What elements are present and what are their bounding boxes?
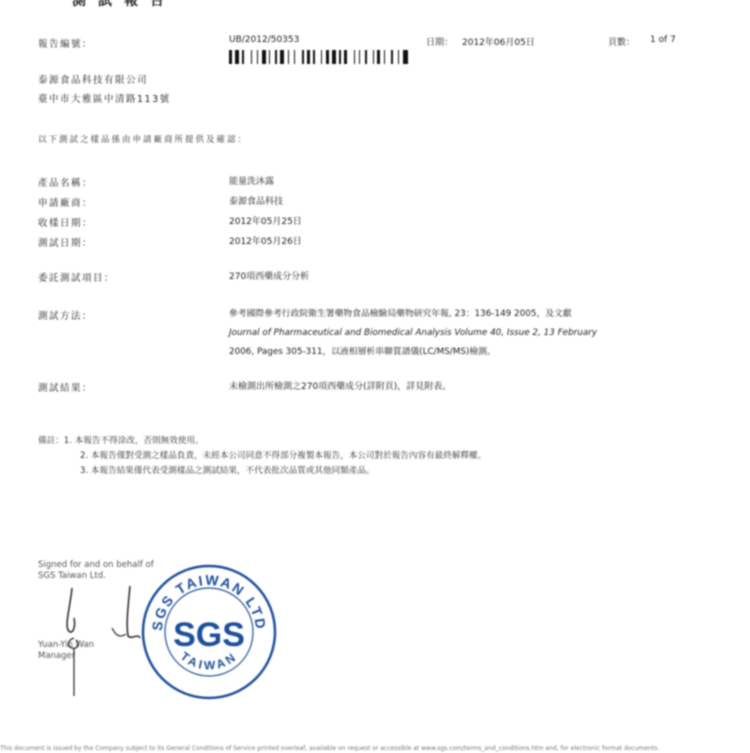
sgs-logo-text: SGS xyxy=(173,616,245,654)
barcode xyxy=(229,50,484,64)
applicant: 泰源食品科技 xyxy=(229,194,283,207)
test-date: 2012年05月26日 xyxy=(229,234,302,247)
test-date-label: 測試日期： xyxy=(38,235,93,249)
test-result: 未檢測出所檢測之270項西藥成分(詳附頁)，詳見附表。 xyxy=(229,379,451,392)
test-method-line-2: Journal of Pharmaceutical and Biomedical… xyxy=(229,324,709,343)
report-no-label: 報告編號： xyxy=(38,36,93,50)
signatory-name: Yuan-Yin Wan xyxy=(38,640,94,651)
notes: 備註：1. 本報告不得涂改，否則無效使用。 2. 本報告僅對受測之樣品負責，未經… xyxy=(38,434,486,479)
note-3: 3. 本報告結果僅代表受測樣品之測試結果，不代表批次品質或其他同類產品。 xyxy=(38,464,486,479)
product-name: 能量洗沐露 xyxy=(229,174,274,187)
sgs-stamp-icon: SGS TAIWAN LTD TAIWAN SGS xyxy=(140,563,278,701)
product-name-label: 產品名稱： xyxy=(38,175,93,189)
page-number: 1 of 7 xyxy=(650,35,676,45)
signatory: Yuan-Yin Wan Manager xyxy=(38,640,94,662)
test-method-label: 測試方法： xyxy=(38,308,93,322)
received-date: 2012年05月25日 xyxy=(229,214,302,227)
client-address: 臺中市大雅區中清路113號 xyxy=(38,91,171,105)
handwritten-signature-icon xyxy=(50,578,150,698)
test-method-line-3: 2006, Pages 305-311，以液相層析串聯質譜儀(LC/MS/MS)… xyxy=(229,343,709,362)
notes-label: 備註： xyxy=(38,436,64,446)
signed-for-text: Signed for and on behalf of xyxy=(38,560,154,571)
report-title: 測試報告 xyxy=(72,0,176,10)
note-1: 備註：1. 本報告不得涂改，否則無效使用。 xyxy=(38,434,486,449)
test-method-line-1: 參考國際參考行政院衛生署藥物食品檢驗局藥物研究年報, 23：136-149 20… xyxy=(229,305,709,324)
test-request: 270項西藥成分分析 xyxy=(229,269,309,282)
report-date: 2012年06月05日 xyxy=(462,35,535,48)
note-2: 2. 本報告僅對受測之樣品負責，未經本公司同意不得部分複製本報告，本公司對於報告… xyxy=(38,449,486,464)
client-name: 泰源食品科技有限公司 xyxy=(38,72,148,86)
footer-disclaimer: This document is issued by the Company s… xyxy=(0,745,750,752)
report-date-label: 日期： xyxy=(426,35,453,48)
report-no: UB/2012/50353 xyxy=(229,35,299,45)
signatory-title: Manager xyxy=(38,651,94,662)
test-method: 參考國際參考行政院衛生署藥物食品檢驗局藥物研究年報, 23：136-149 20… xyxy=(229,305,709,362)
test-request-label: 委託測試項目： xyxy=(38,270,115,284)
test-result-label: 測試結果： xyxy=(38,380,93,394)
received-date-label: 收樣日期： xyxy=(38,215,93,229)
applicant-label: 申請廠商： xyxy=(38,195,93,209)
intro-text: 以下測試之樣品係由申請廠商所提供及確認： xyxy=(38,133,248,145)
note-1-text: 1. 本報告不得涂改，否則無效使用。 xyxy=(64,436,204,446)
page-label: 頁數： xyxy=(608,35,635,48)
journal-citation: Journal of Pharmaceutical and Biomedical… xyxy=(229,328,597,338)
